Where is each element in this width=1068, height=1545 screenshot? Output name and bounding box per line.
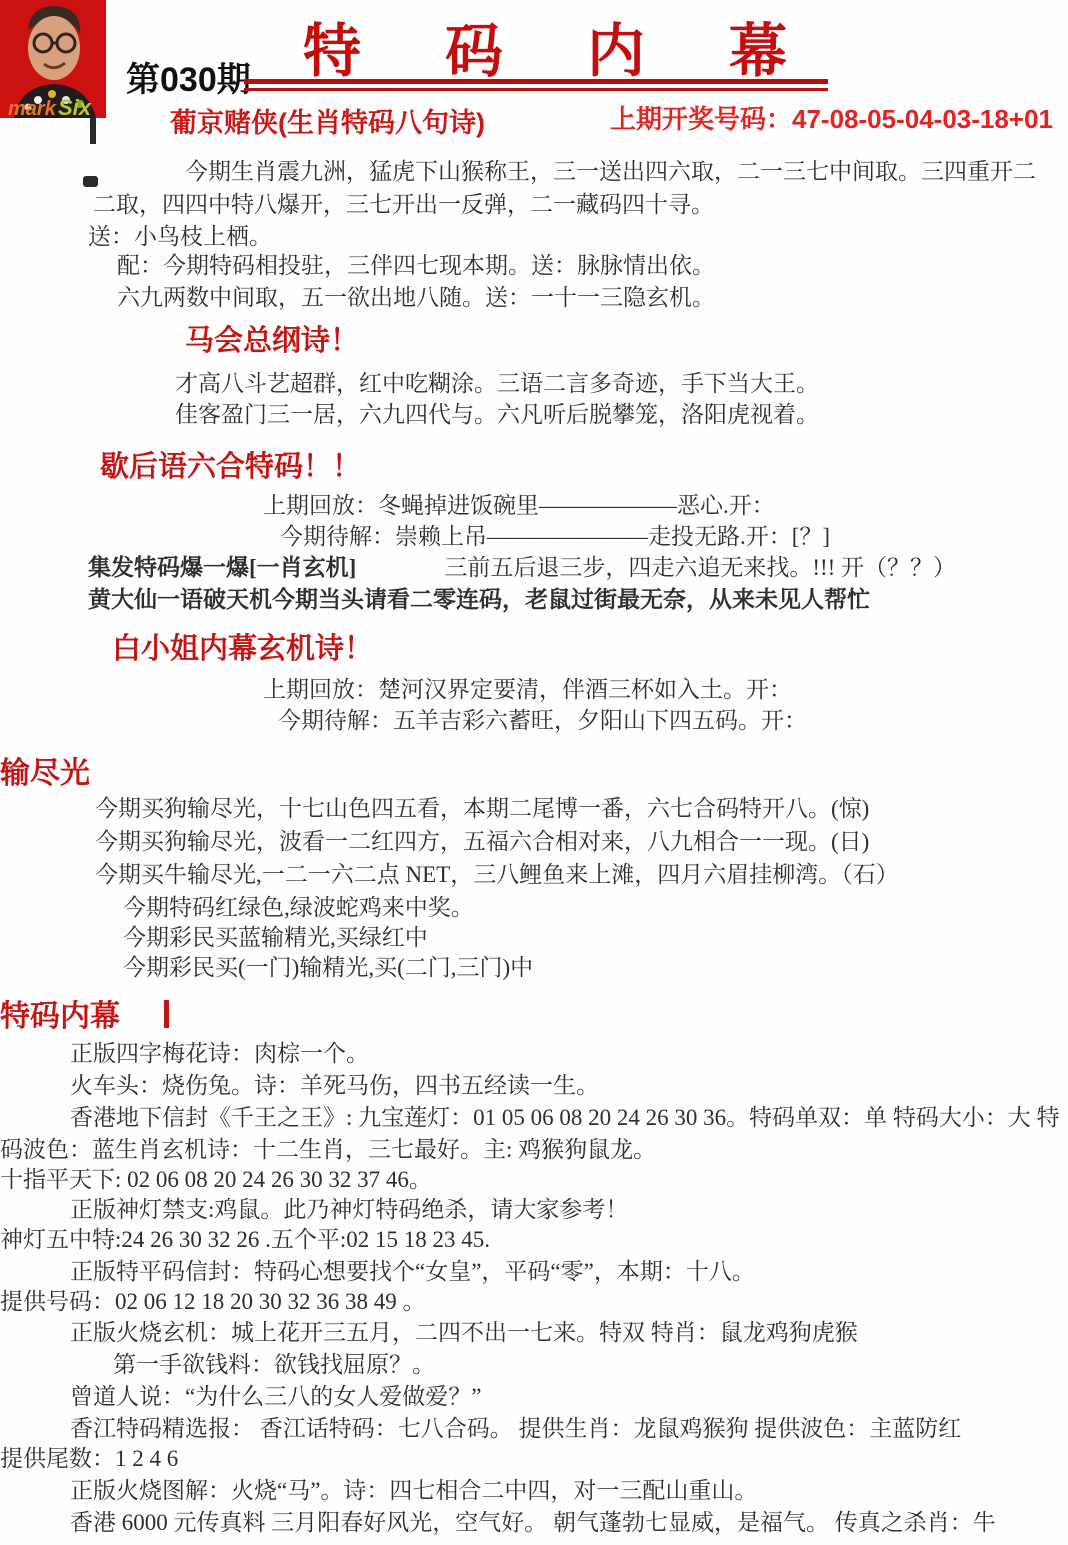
baixiaojie-line: 上期回放：楚河汉界定要清，伴酒三杯如入土。开：	[263, 676, 792, 704]
marksix-logo: mark Six	[0, 0, 106, 118]
temaneimu-line: 火车头：烧伤兔。诗：羊死马伤，四书五经读一生。	[70, 1072, 599, 1100]
ball-dot	[48, 90, 56, 98]
shujinguang-line: 今期买狗输尽光，十七山色四五看，本期二尾博一番，六七合码特开八。(惊)	[95, 795, 869, 823]
mahui-line: 佳客盈门三一居，六九四代与。六凡听后脱攀笼，洛阳虎视着。	[175, 401, 819, 429]
pujing-line: 送：小鸟枝上栖。	[88, 223, 272, 251]
brand-six-text: Six	[58, 95, 92, 118]
brand-mark-text: mark	[8, 98, 57, 118]
title-underline-top	[244, 79, 828, 84]
mahui-heading: 马会总纲诗！	[185, 318, 359, 359]
xiehouyu-line: 上期回放：冬蝇掉进饭碗里——————恶心.开：	[263, 492, 775, 520]
xiehouyu-line: 集发特码爆一爆[一肖玄机]三前五后退三步，四走六追无来找。!!! 开（？？）	[88, 554, 956, 582]
baixiaojie-line: 今期待解：五羊吉彩六蓄旺，夕阳山下四五码。开：	[278, 707, 807, 735]
temaneimu-line: 正版火烧玄机：城上花开三五月，二四不出一七来。特双 特肖：鼠龙鸡狗虎猴	[70, 1319, 858, 1347]
temaneimu-line: 香江特码精选报： 香江话特码：七八合码。 提供生肖：龙鼠鸡猴狗 提供波色：主蓝防…	[70, 1415, 961, 1443]
temaneimu-line: 正版四字梅花诗：肉棕一个。	[70, 1040, 369, 1068]
shujinguang-line: 今期彩民买(一门)输精光,买(二门,三门)中	[123, 954, 533, 982]
pujing-line: 六九两数中间取，五一欲出地八随。送：一十一三隐玄机。	[117, 284, 715, 312]
temaneimu-heading: 特码内幕	[0, 991, 120, 1035]
temaneimu-line: 正版神灯禁支:鸡鼠。此乃神灯特码绝杀，请大家参考！	[70, 1196, 628, 1224]
jifa-text: 三前五后退三步，四走六追无来找。!!! 开（？？）	[444, 555, 956, 580]
pujing-line: 配：今期特码相投驻，三伴四七现本期。送：脉脉情出依。	[117, 252, 715, 280]
temaneimu-line: 曾道人说：“为什么三八的女人爱做爱？”	[70, 1383, 481, 1411]
temaneimu-line: 神灯五中特:24 26 30 32 26 .五个平:02 15 18 23 45…	[0, 1226, 490, 1254]
scan-artifact	[83, 176, 98, 187]
temaneimu-line: 香港 6000 元传真料 三月阳春好风光，空气好。 朝气蓬勃七显威，是福气。 传…	[70, 1509, 996, 1537]
scan-artifact	[90, 118, 96, 144]
tip-sheet-page: mark Six 第030期 特码内幕 葡京赌侠(生肖特码八句诗) 上期开奖号码…	[0, 0, 1068, 1545]
temaneimu-line: 正版特平码信封：特码心想要找个“女皇”，平码“零”，本期：十八。	[70, 1258, 755, 1286]
xiehouyu-line: 今期待解：崇赖上吊———————走投无路.开：[？]	[280, 523, 830, 551]
mahui-line: 才高八斗艺超群，红中吃糊涂。三语二言多奇迹，手下当大王。	[175, 370, 819, 398]
shujinguang-line: 今期特码红绿色,绿波蛇鸡来中奖。	[123, 894, 474, 922]
shujinguang-line: 今期彩民买蓝输精光,买绿红中	[123, 924, 428, 952]
subtitle-pujing: 葡京赌侠(生肖特码八句诗)	[170, 101, 485, 140]
page-title: 特码内幕	[303, 4, 871, 88]
shujinguang-line: 今期买牛输尽光,一二一六二点 NET，三八鲤鱼来上滩，四月六眉挂柳湾。（石）	[95, 861, 899, 889]
temaneimu-line: 十指平天下: 02 06 08 20 24 26 30 32 37 46。	[0, 1166, 432, 1194]
temaneimu-line: 提供尾数：1 2 4 6	[0, 1445, 178, 1473]
temaneimu-line: 第一手欲钱料：欲钱找屈原？。	[113, 1351, 435, 1379]
last-draw-numbers: 上期开奖号码：47-08-05-04-03-18+01	[610, 99, 1053, 136]
issue-number: 第030期	[126, 52, 251, 101]
huangdaxian-line: 黄大仙一语破天机今期当头请看二零连码，老鼠过街最无奈，从来未见人帮忙	[88, 586, 870, 614]
shujinguang-line: 今期买狗输尽光，波看一二红四方，五福六合相对来，八九相合一一现。(日)	[95, 828, 869, 856]
jifa-label: 集发特码爆一爆[一肖玄机]	[88, 555, 356, 580]
baixiaojie-heading: 白小姐内幕玄机诗！	[112, 626, 373, 667]
temaneimu-line: 正版火烧图解：火烧“马”。诗：四七相合二中四，对一三配山重山。	[70, 1477, 757, 1505]
heading-artifact	[164, 1000, 169, 1028]
temaneimu-line: 码波色：蓝生肖玄机诗：十二生肖，三七最好。主: 鸡猴狗鼠龙。	[0, 1136, 656, 1164]
pujing-line: 今期生肖震九洲，猛虎下山猴称王，三一送出四六取，二一三七中间取。三四重开二	[185, 158, 1036, 186]
pujing-line: 二取，四四中特八爆开，三七开出一反弹，二一藏码四十寻。	[93, 191, 714, 219]
title-underline-bottom	[244, 88, 828, 91]
temaneimu-line: 香港地下信封《千王之王》: 九宝莲灯：01 05 06 08 20 24 26 …	[70, 1104, 1060, 1132]
shujinguang-heading: 输尽光	[0, 748, 90, 792]
xiehouyu-heading: 歇后语六合特码！！	[100, 444, 361, 485]
temaneimu-line: 提供号码：02 06 12 18 20 30 32 36 38 49 。	[0, 1288, 426, 1316]
